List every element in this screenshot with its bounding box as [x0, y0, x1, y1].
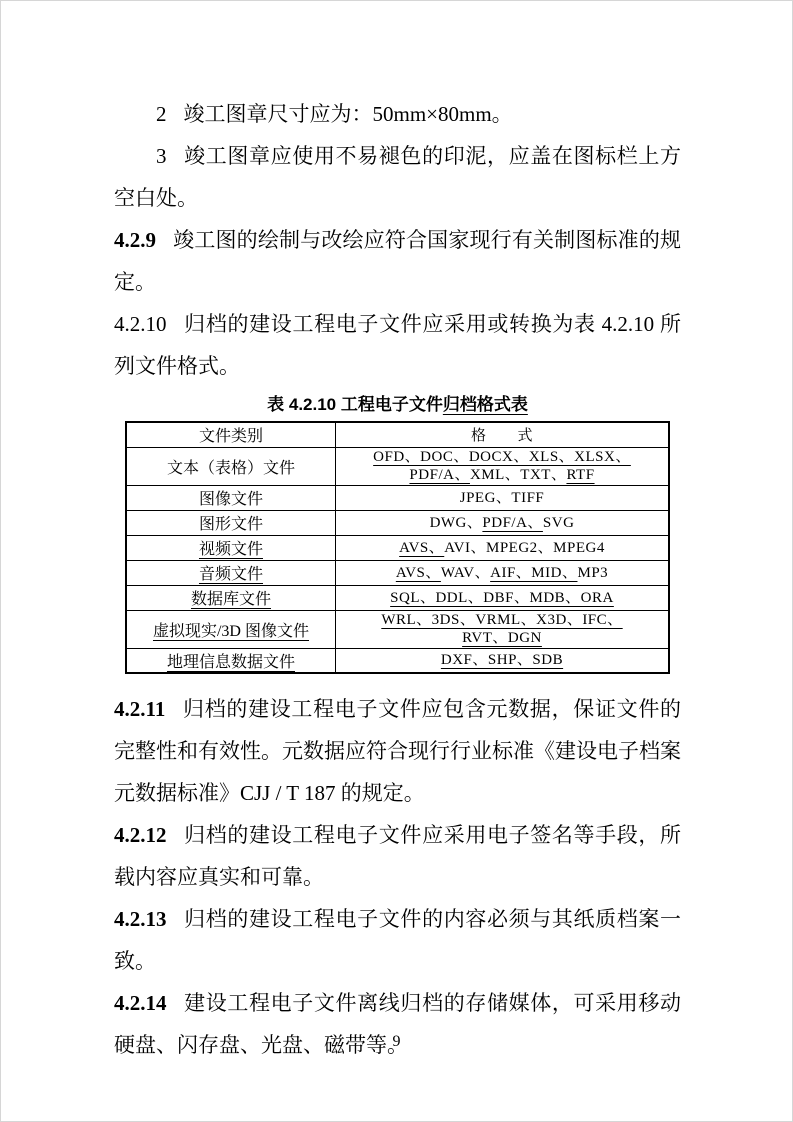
format-cell: DXF、SHP、SDB [336, 648, 670, 673]
clause-number: 4.2.12 [114, 823, 167, 847]
format-segment: SQL、DDL、DBF、MDB、ORA [390, 590, 614, 606]
table-row: 视频文件AVS、AVI、MPEG2、MPEG4 [126, 535, 669, 560]
format-segment: JPEG、TIFF [460, 490, 545, 506]
format-segment: WRL、3DS、VRML、X3D、IFC、 [381, 612, 622, 628]
table-header-row: 文件类别 格 式 [126, 422, 669, 447]
clause-number: 4.2.10 [114, 312, 167, 336]
header-category: 文件类别 [126, 422, 336, 447]
format-segment: MP3 [577, 565, 608, 581]
clause-text: 归档的建设工程电子文件应采用电子签名等手段，所载内容应真实和可靠。 [114, 823, 681, 889]
clauses-top: 4.2.9竣工图的绘制与改绘应符合国家现行有关制图标准的规定。4.2.10归档的… [114, 219, 681, 387]
format-line: JPEG、TIFF [336, 489, 668, 507]
item-text: 竣工图章尺寸应为：50mm×80mm。 [184, 102, 513, 126]
numbered-sub-items: 2竣工图章尺寸应为：50mm×80mm。3竣工图章应使用不易褪色的印泥，应盖在图… [114, 93, 681, 219]
file-format-table: 文件类别 格 式 文本（表格）文件OFD、DOC、DOCX、XLS、XLSX、P… [125, 421, 670, 674]
format-cell: JPEG、TIFF [336, 485, 670, 510]
table-row: 地理信息数据文件DXF、SHP、SDB [126, 648, 669, 673]
category-cell: 文本（表格）文件 [126, 447, 336, 485]
category-text: 音频文件 [199, 566, 263, 583]
item-number: 2 [156, 102, 167, 126]
format-segment: PDF/A、 [482, 515, 543, 531]
format-segment: DXF、SHP、SDB [441, 652, 563, 668]
format-segment: AIF、MID、 [490, 565, 577, 581]
document-page: 2竣工图章尺寸应为：50mm×80mm。3竣工图章应使用不易褪色的印泥，应盖在图… [0, 0, 793, 1122]
table-row: 虚拟现实/3D 图像文件WRL、3DS、VRML、X3D、IFC、RVT、DGN [126, 610, 669, 648]
format-line: WRL、3DS、VRML、X3D、IFC、 [336, 611, 668, 629]
category-text: 数据库文件 [191, 591, 271, 608]
format-line: PDF/A、XML、TXT、RTF [336, 466, 668, 484]
category-text: 图像文件 [199, 491, 263, 508]
clause-number: 4.2.9 [114, 228, 156, 252]
category-cell: 虚拟现实/3D 图像文件 [126, 610, 336, 648]
table-row: 图形文件DWG、PDF/A、SVG [126, 510, 669, 535]
clause-paragraph: 4.2.9竣工图的绘制与改绘应符合国家现行有关制图标准的规定。 [114, 219, 681, 303]
table-title-prefix: 表 4.2.10 工程电子文件 [267, 395, 443, 414]
item-number: 3 [156, 144, 167, 168]
list-item: 2竣工图章尺寸应为：50mm×80mm。 [114, 93, 681, 135]
clause-number: 4.2.11 [114, 697, 165, 721]
clause-paragraph: 4.2.10归档的建设工程电子文件应采用或转换为表 4.2.10 所列文件格式。 [114, 303, 681, 387]
format-segment: PDF/A、 [409, 467, 470, 483]
category-cell: 音频文件 [126, 560, 336, 585]
item-text: 竣工图章应使用不易褪色的印泥，应盖在图标栏上方空白处。 [114, 144, 681, 210]
format-cell: OFD、DOC、DOCX、XLS、XLSX、PDF/A、XML、TXT、RTF [336, 447, 670, 485]
table-row: 文本（表格）文件OFD、DOC、DOCX、XLS、XLSX、PDF/A、XML、… [126, 447, 669, 485]
category-cell: 图形文件 [126, 510, 336, 535]
format-segment: OFD、DOC、DOCX、XLS、XLSX、 [373, 449, 631, 465]
format-segment: AVI、MPEG2、MPEG4 [444, 540, 605, 556]
table-row: 音频文件AVS、WAV、AIF、MID、MP3 [126, 560, 669, 585]
format-line: RVT、DGN [336, 629, 668, 647]
category-text: 地理信息数据文件 [167, 654, 295, 671]
list-item: 3竣工图章应使用不易褪色的印泥，应盖在图标栏上方空白处。 [114, 135, 681, 219]
format-cell: SQL、DDL、DBF、MDB、ORA [336, 585, 670, 610]
category-cell: 数据库文件 [126, 585, 336, 610]
format-line: AVS、AVI、MPEG2、MPEG4 [336, 539, 668, 557]
format-cell: AVS、WAV、AIF、MID、MP3 [336, 560, 670, 585]
clause-text: 归档的建设工程电子文件的内容必须与其纸质档案一致。 [114, 907, 681, 973]
format-segment: DWG、 [430, 515, 483, 531]
category-text: 文本（表格）文件 [167, 460, 295, 477]
format-cell: DWG、PDF/A、SVG [336, 510, 670, 535]
header-format: 格 式 [336, 422, 670, 447]
format-segment: AVS、 [396, 565, 441, 581]
category-cell: 地理信息数据文件 [126, 648, 336, 673]
table-row: 数据库文件SQL、DDL、DBF、MDB、ORA [126, 585, 669, 610]
clause-paragraph: 4.2.14建设工程电子文件离线归档的存储媒体，可采用移动硬盘、闪存盘、光盘、磁… [114, 982, 681, 1066]
category-text: 视频文件 [199, 541, 263, 558]
format-segment: RVT、DGN [462, 630, 542, 646]
clause-text: 归档的建设工程电子文件应包含元数据，保证文件的完整性和有效性。元数据应符合现行行… [114, 697, 681, 805]
format-segment: SVG [543, 515, 575, 531]
clause-paragraph: 4.2.12归档的建设工程电子文件应采用电子签名等手段，所载内容应真实和可靠。 [114, 814, 681, 898]
clause-text: 竣工图的绘制与改绘应符合国家现行有关制图标准的规定。 [114, 228, 681, 294]
format-cell: AVS、AVI、MPEG2、MPEG4 [336, 535, 670, 560]
format-line: SQL、DDL、DBF、MDB、ORA [336, 589, 668, 607]
format-segment: XML、TXT、 [470, 467, 567, 483]
format-line: AVS、WAV、AIF、MID、MP3 [336, 564, 668, 582]
category-text: 虚拟现实/3D 图像文件 [153, 623, 309, 640]
format-line: DXF、SHP、SDB [336, 651, 668, 669]
page-content: 2竣工图章尺寸应为：50mm×80mm。3竣工图章应使用不易褪色的印泥，应盖在图… [114, 93, 681, 1066]
clause-number: 4.2.14 [114, 991, 167, 1015]
category-cell: 视频文件 [126, 535, 336, 560]
clause-number: 4.2.13 [114, 907, 167, 931]
format-segment: AVS、 [399, 540, 444, 556]
clause-text: 归档的建设工程电子文件应采用或转换为表 4.2.10 所列文件格式。 [114, 312, 681, 378]
category-text: 图形文件 [199, 516, 263, 533]
table-title: 表 4.2.10 工程电子文件归档格式表 [114, 393, 681, 417]
table-row: 图像文件JPEG、TIFF [126, 485, 669, 510]
clause-paragraph: 4.2.13归档的建设工程电子文件的内容必须与其纸质档案一致。 [114, 898, 681, 982]
format-line: OFD、DOC、DOCX、XLS、XLSX、 [336, 448, 668, 466]
category-cell: 图像文件 [126, 485, 336, 510]
clauses-bottom: 4.2.11归档的建设工程电子文件应包含元数据，保证文件的完整性和有效性。元数据… [114, 688, 681, 1066]
table-title-underlined: 归档格式表 [443, 395, 528, 414]
page-number: 9 [1, 1033, 792, 1051]
format-line: DWG、PDF/A、SVG [336, 514, 668, 532]
format-cell: WRL、3DS、VRML、X3D、IFC、RVT、DGN [336, 610, 670, 648]
format-segment: WAV、 [441, 565, 490, 581]
clause-paragraph: 4.2.11归档的建设工程电子文件应包含元数据，保证文件的完整性和有效性。元数据… [114, 688, 681, 814]
format-segment: RTF [566, 467, 594, 483]
